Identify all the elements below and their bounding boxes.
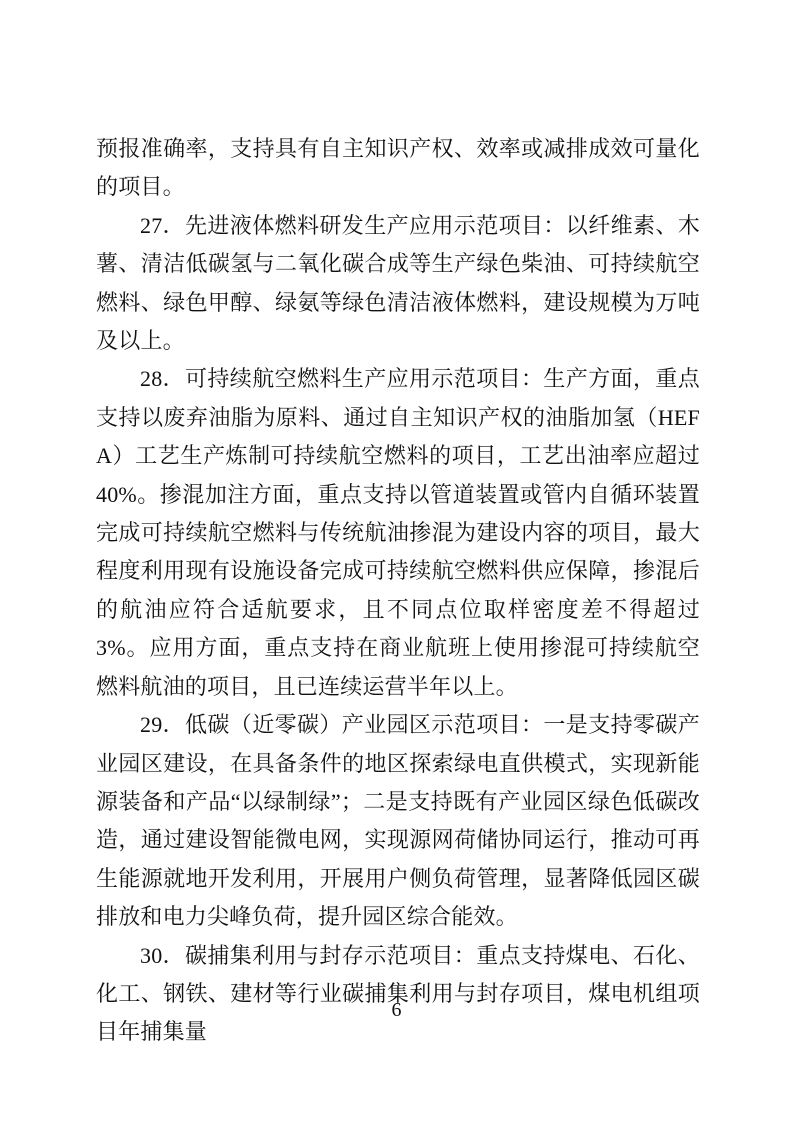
paragraph-item-30: 30．碳捕集利用与封存示范项目：重点支持煤电、石化、化工、钢铁、建材等行业碳捕集… — [96, 937, 700, 1052]
page-number: 6 — [0, 997, 793, 1023]
paragraph-item-29: 29．低碳（近零碳）产业园区示范项目：一是支持零碳产业园区建设，在具备条件的地区… — [96, 706, 700, 936]
paragraph-item-28: 28．可持续航空燃料生产应用示范项目：生产方面，重点支持以废弃油脂为原料、通过自… — [96, 360, 700, 706]
text-body: 预报准确率，支持具有自主知识产权、效率或减排成效可量化的项目。 27．先进液体燃… — [96, 130, 700, 1052]
document-page: 预报准确率，支持具有自主知识产权、效率或减排成效可量化的项目。 27．先进液体燃… — [0, 0, 793, 1122]
paragraph-item-27: 27．先进液体燃料研发生产应用示范项目：以纤维素、木薯、清洁低碳氢与二氧化碳合成… — [96, 207, 700, 361]
paragraph-continuation: 预报准确率，支持具有自主知识产权、效率或减排成效可量化的项目。 — [96, 130, 700, 207]
